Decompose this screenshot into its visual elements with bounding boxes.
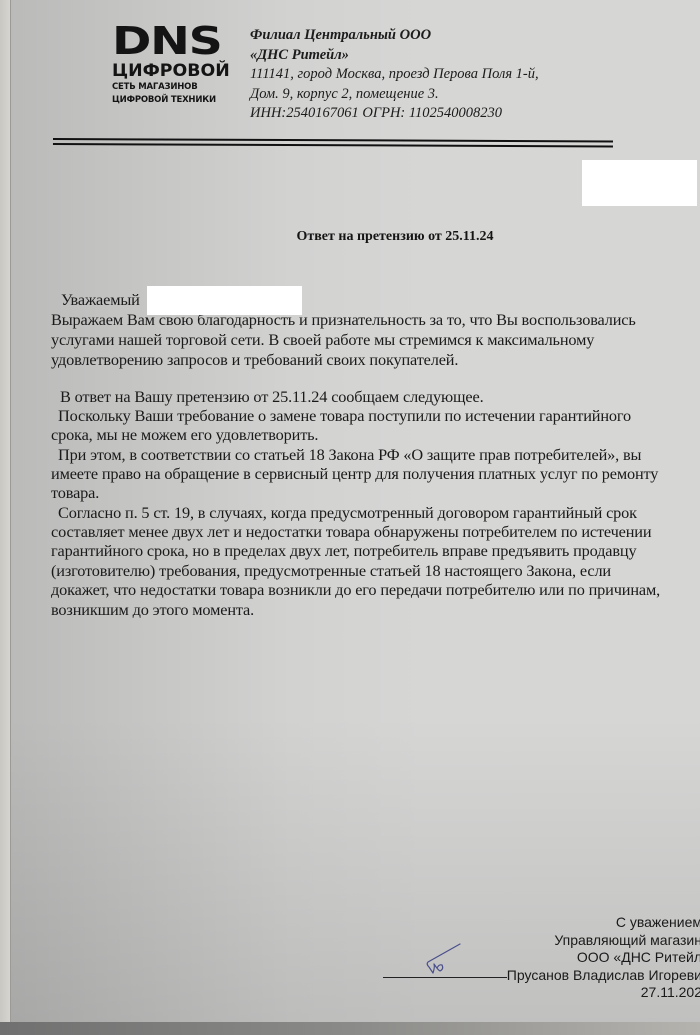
- body-line: возникшим до этого момента.: [51, 600, 254, 620]
- signature-line: [383, 977, 507, 978]
- dns-logo: DNS ЦИФРОВОЙ СЕТЬ МАГАЗИНОВ ЦИФРОВОЙ ТЕХ…: [112, 24, 248, 106]
- signer-position: Управляющий магазин: [507, 932, 700, 950]
- redacted-recipient-block: [582, 160, 697, 206]
- body-line: докажет, что недостатки товара возникли …: [51, 580, 660, 600]
- body-line: товара.: [51, 483, 99, 503]
- signer-name: Прусанов Владислав Игореви: [507, 967, 700, 985]
- body-line: удовлетворению запросов и требований сво…: [51, 350, 458, 370]
- company-name-line-2: «ДНС Ритейл»: [250, 46, 539, 66]
- body-line: Поскольку Ваши требование о замене товар…: [58, 406, 631, 426]
- paper-bottom-edge: [0, 1022, 700, 1035]
- body-line: составляет менее двух лет и недостатки т…: [51, 522, 651, 542]
- body-line: Согласно п. 5 ст. 19, в случаях, когда п…: [58, 503, 637, 523]
- company-name-line-1: Филиал Центральный ООО: [250, 26, 539, 46]
- body-line: имеете право на обращение в сервисный це…: [51, 464, 658, 484]
- company-address-1: 111141, город Москва, проезд Перова Поля…: [250, 65, 539, 85]
- document-title: Ответ на претензию от 25.11.24: [0, 229, 700, 245]
- closing: С уважением: [507, 914, 700, 932]
- salutation: Уважаемый: [61, 290, 140, 310]
- logo-subtitle: ЦИФРОВОЙ: [112, 62, 251, 80]
- company-registration: ИНН:2540167061 ОГРН: 1102540008230: [250, 104, 539, 124]
- body-line: (изготовителю) требования, предусмотренн…: [51, 561, 611, 581]
- logo-tagline-2: ЦИФРОВОЙ ТЕХНИКИ: [112, 95, 248, 106]
- body-line: В ответ на Вашу претензию от 25.11.24 со…: [60, 387, 484, 407]
- company-header: Филиал Центральный ООО «ДНС Ритейл» 1111…: [250, 26, 539, 124]
- logo-tagline-1: СЕТЬ МАГАЗИНОВ: [112, 82, 248, 93]
- redacted-recipient-name: [147, 286, 302, 315]
- body-line: При этом, в соответствии со статьей 18 З…: [58, 445, 641, 465]
- signature-date: 27.11.202: [507, 984, 700, 1002]
- body-line: срока, мы не можем его удовлетворить.: [51, 425, 318, 445]
- handwritten-signature-icon: [420, 940, 465, 975]
- body-line: гарантийного срока, но в пределах двух л…: [51, 541, 636, 561]
- body-line: Выражаем Вам свою благодарность и призна…: [51, 310, 636, 330]
- signer-company: ООО «ДНС Ритейл: [507, 949, 700, 967]
- signature-block: С уважением Управляющий магазин ООО «ДНС…: [507, 914, 700, 1002]
- company-address-2: Дом. 9, корпус 2, помещение 3.: [250, 85, 539, 105]
- body-line: услугами нашей торговой сети. В своей ра…: [51, 330, 594, 350]
